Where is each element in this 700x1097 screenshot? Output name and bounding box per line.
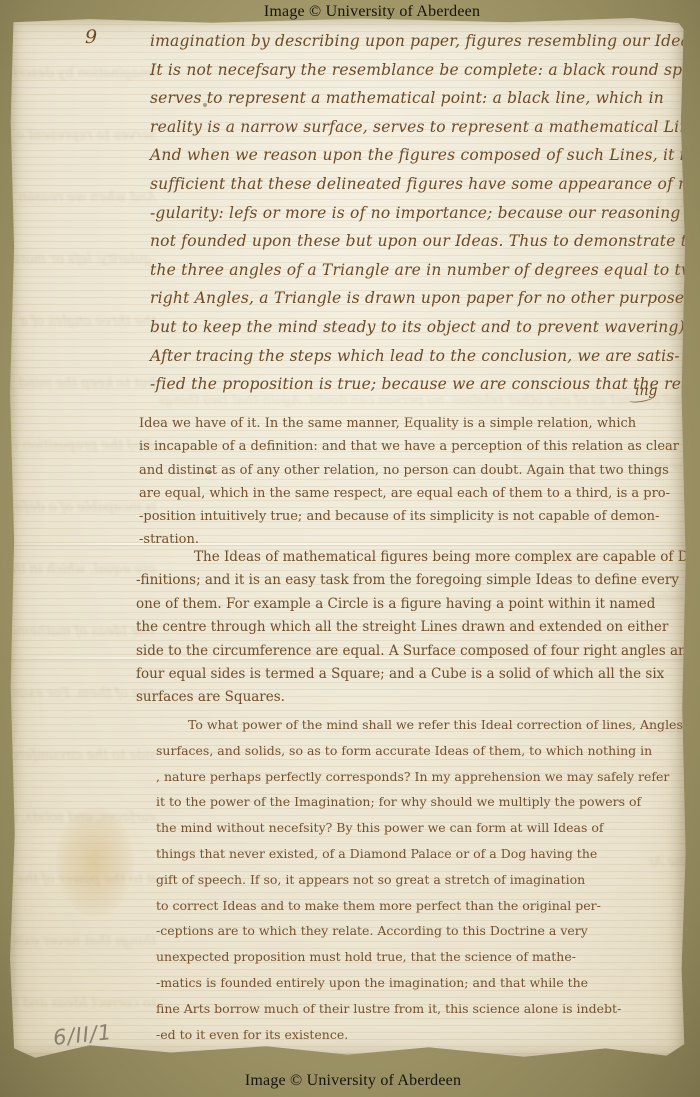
- manuscript-line: -ceptions are to which they relate. Acco…: [156, 918, 687, 944]
- manuscript-line: reality is a narrow surface, serves to r…: [150, 113, 700, 142]
- manuscript-line: -fied the proposition is true; because w…: [150, 370, 700, 399]
- manuscript-line: , nature perhaps perfectly corresponds? …: [156, 764, 687, 790]
- manuscript-line: gift of speech. If so, it appears not so…: [156, 867, 687, 893]
- manuscript-line: right Angles, a Triangle is drawn upon p…: [150, 284, 700, 313]
- watermark-top: Image © University of Aberdeen: [0, 3, 700, 21]
- manuscript-line: things that never existed, of a Diamond …: [156, 841, 687, 867]
- interlinear-insertion: ing: [635, 383, 657, 402]
- shelfmark: 6/II/1: [52, 1020, 113, 1050]
- manuscript-line: -matics is founded entirely upon the ima…: [156, 970, 687, 996]
- paragraph-1: imagination by describing upon paper, fi…: [150, 27, 700, 399]
- manuscript-line: surfaces are Squares.: [136, 686, 700, 709]
- manuscript-line: It is not necefsary the resemblance be c…: [150, 56, 700, 85]
- manuscript-line: imagination by describing upon paper, fi…: [150, 27, 700, 56]
- manuscript-line: not founded upon these but upon our Idea…: [150, 227, 700, 256]
- manuscript-line: -gularity: lefs or more is of no importa…: [150, 199, 700, 228]
- manuscript-line: to correct Ideas and to make them more p…: [156, 893, 687, 919]
- manuscript-line: And when we reason upon the figures comp…: [150, 141, 700, 170]
- manuscript-line: The Ideas of mathematical figures being …: [136, 546, 700, 569]
- manuscript-line: surfaces, and solids, so as to form accu…: [156, 738, 687, 764]
- manuscript-line: side to the circumference are equal. A S…: [136, 640, 700, 663]
- manuscript-line: Idea we have of it. In the same manner, …: [139, 412, 679, 435]
- manuscript-line: are equal, which in the same respect, ar…: [139, 482, 679, 505]
- manuscript-line: serves to represent a mathematical point…: [150, 84, 700, 113]
- manuscript-line: one of them. For example a Circle is a f…: [136, 593, 700, 616]
- paragraph-2: Idea we have of it. In the same manner, …: [139, 412, 679, 552]
- manuscript-line: fine Arts borrow much of their lustre fr…: [156, 996, 687, 1022]
- manuscript-line: To what power of the mind shall we refer…: [156, 712, 687, 738]
- manuscript-line: is incapable of a definition: and that w…: [139, 435, 679, 458]
- paragraph-3: The Ideas of mathematical figures being …: [136, 546, 700, 710]
- manuscript-page: imagination by describing upon paper, fi…: [8, 17, 687, 1063]
- manuscript-line: the centre through which all the streigh…: [136, 616, 700, 639]
- manuscript-line: -finitions; and it is an easy task from …: [136, 569, 700, 592]
- manuscript-line: After tracing the steps which lead to th…: [150, 342, 700, 371]
- manuscript-line: the three angles of a Triangle are in nu…: [150, 256, 700, 285]
- manuscript-line: it to the power of the Imagination; for …: [156, 789, 687, 815]
- manuscript-line: but to keep the mind steady to its objec…: [150, 313, 700, 342]
- page-number: 9: [85, 26, 97, 48]
- manuscript-line: and distinct as of any other relation, n…: [139, 459, 679, 482]
- manuscript-line: four equal sides is termed a Square; and…: [136, 663, 700, 686]
- manuscript-line: unexpected proposition must hold true, t…: [156, 944, 687, 970]
- paragraph-4: To what power of the mind shall we refer…: [156, 712, 687, 1047]
- paper-stain: [56, 807, 134, 917]
- manuscript-line: -ed to it even for its existence.: [156, 1022, 687, 1048]
- manuscript-line: -position intuitively true; and because …: [139, 505, 679, 528]
- manuscript-line: the mind without necefsity? By this powe…: [156, 815, 687, 841]
- watermark-bottom: Image © University of Aberdeen: [0, 1072, 700, 1090]
- manuscript-line: sufficient that these delineated figures…: [150, 170, 700, 199]
